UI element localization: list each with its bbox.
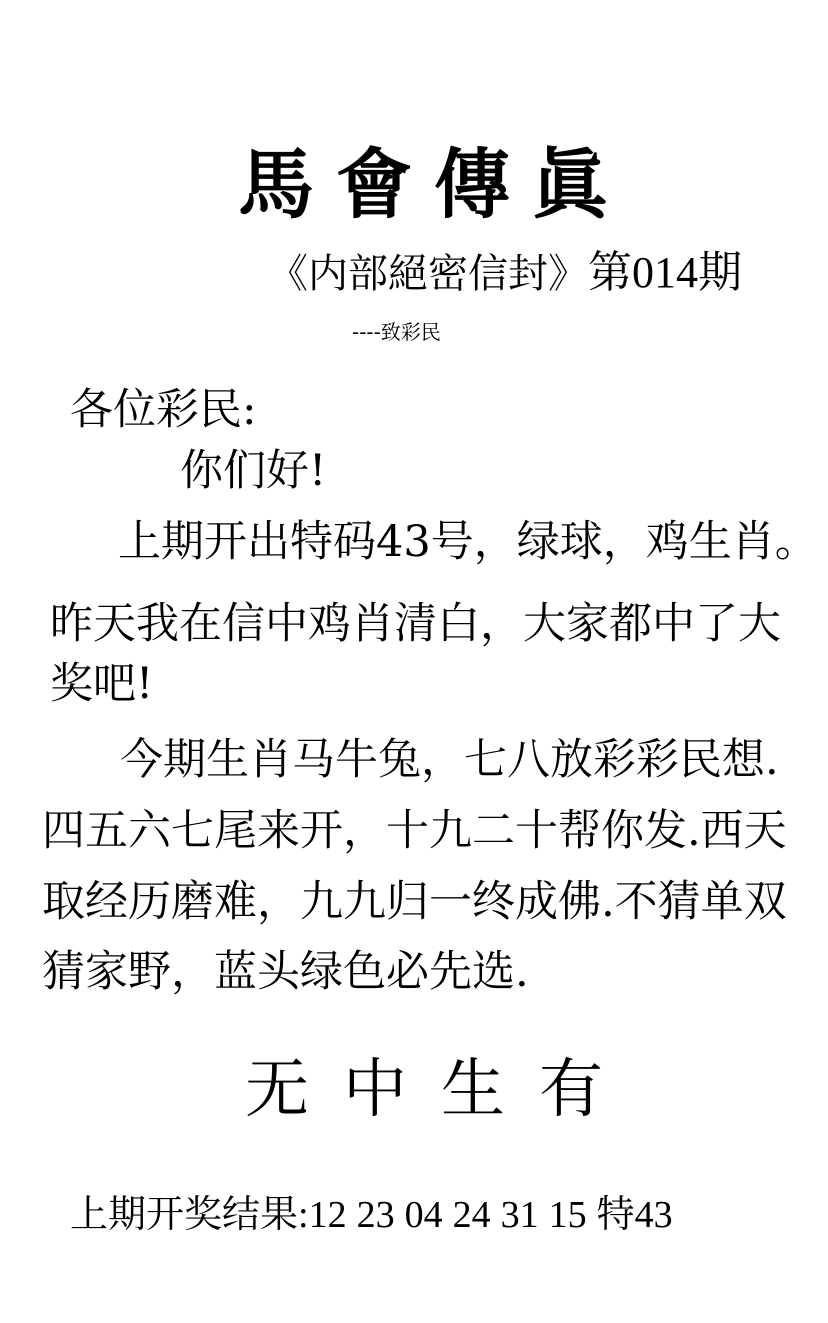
special-number: 特43 bbox=[597, 1194, 673, 1236]
result-number: 04 bbox=[405, 1194, 443, 1236]
hello-line: 你们好! bbox=[180, 443, 326, 499]
letter-line: 四五六七尾来开，十九二十帮你发.西天 bbox=[42, 803, 787, 859]
result-number: 23 bbox=[357, 1194, 395, 1236]
letter-line: 昨天我在信中鸡肖清白，大家都中了大 bbox=[50, 596, 781, 652]
result-number: 24 bbox=[453, 1194, 491, 1236]
addressee-line: ----致彩民 bbox=[352, 318, 441, 346]
result-number: 15 bbox=[549, 1194, 587, 1236]
letter-line: 取经历磨难，九九归一终成佛.不猜单双 bbox=[42, 874, 787, 930]
previous-results: 上期开奖结果:122304243115特43 bbox=[70, 1190, 673, 1240]
letter-line: 奖吧! bbox=[50, 656, 153, 712]
result-number: 31 bbox=[501, 1194, 539, 1236]
subtitle-bracket: 《内部絕密信封》 bbox=[268, 251, 588, 297]
results-numbers: 122304243115 bbox=[309, 1194, 597, 1236]
results-label: 上期开奖结果: bbox=[70, 1194, 309, 1236]
letter-line: 上期开出特码43号，绿球，鸡生肖。 bbox=[118, 514, 818, 570]
greeting: 各位彩民: bbox=[70, 382, 257, 438]
subtitle: 《内部絕密信封》第014期 bbox=[268, 245, 742, 302]
letter-line: 猜家野，蓝头绿色必先选. bbox=[42, 944, 529, 1000]
issue-number: 第014期 bbox=[588, 248, 742, 297]
result-number: 12 bbox=[309, 1194, 347, 1236]
page-title: 馬會傳眞 bbox=[238, 140, 630, 230]
slogan: 无中生有 bbox=[245, 1050, 637, 1130]
letter-line: 今期生肖马牛兔，七八放彩彩民想. bbox=[120, 732, 779, 788]
